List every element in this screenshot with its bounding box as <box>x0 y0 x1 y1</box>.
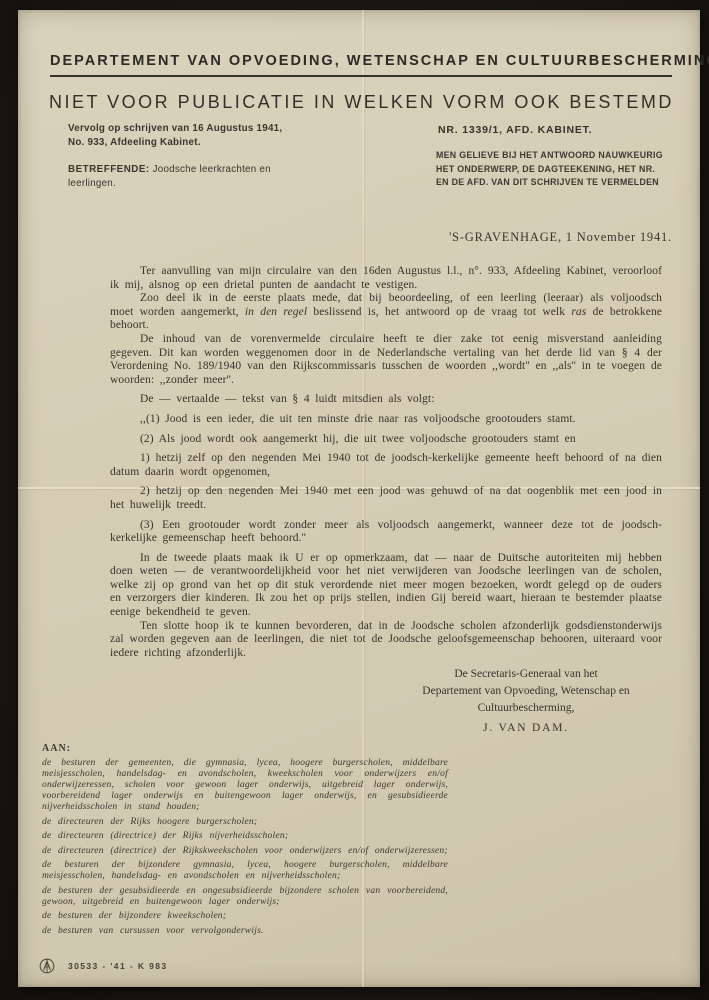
body-paragraph: De — vertaalde — tekst van § 4 luidt mit… <box>110 393 662 407</box>
body-paragraph: In de tweede plaats maak ik U er op opme… <box>110 552 662 620</box>
signature-line: Cultuurbescherming, <box>376 700 676 717</box>
distribution-item: de besturen der bijzondere kweekscholen; <box>42 910 448 921</box>
body-paragraph: Ten slotte hoop ik te kunnen bevorderen,… <box>110 620 662 661</box>
subject-line: BETREFFENDE: Joodsche leerkrachten en le… <box>68 163 298 191</box>
reference-previous-letter: Vervolg op schrijven van 16 Augustus 194… <box>68 122 282 150</box>
distribution-item: de directeuren (directrice) der Rijkskwe… <box>42 845 448 856</box>
body-paragraph: Zoo deel ik in de eerste plaats mede, da… <box>110 292 662 333</box>
body-paragraph: (3) Een grootouder wordt zonder meer als… <box>110 519 662 546</box>
body-paragraph: Ter aanvulling van mijn circulaire van d… <box>110 265 662 292</box>
dateline: 'S-GRAVENHAGE, 1 November 1941. <box>449 230 672 245</box>
body-paragraph: 2) hetzij op den negenden Mei 1940 met e… <box>110 485 662 512</box>
letter-paper: DEPARTEMENT VAN OPVOEDING, WETENSCHAP EN… <box>18 10 700 987</box>
body-paragraph: ,,(1) Jood is een ieder, die uit ten min… <box>110 413 662 427</box>
distribution-item: de besturen der gesubsidieerde en ongesu… <box>42 885 448 907</box>
distribution-item: de besturen van cursussen voor vervolgon… <box>42 925 448 936</box>
distribution-item: de besturen der bijzondere gymnasia, lyc… <box>42 859 448 881</box>
printer-monogram-icon <box>38 957 56 975</box>
distribution-item: de directeuren (directrice) der Rijks ni… <box>42 830 448 841</box>
reply-instruction-note: MEN GELIEVE BIJ HET ANTWOORD NAUWKEURIG … <box>436 149 663 190</box>
distribution-list: AAN: de besturen der gemeenten, die gymn… <box>42 743 448 939</box>
letter-body: Ter aanvulling van mijn circulaire van d… <box>110 265 662 660</box>
print-code-row: 30533 - '41 - K 983 <box>38 957 168 975</box>
letter-number: NR. 1339/1, AFD. KABINET. <box>438 124 592 136</box>
print-code: 30533 - '41 - K 983 <box>68 961 168 971</box>
distribution-item: de directeuren der Rijks hoogere burgers… <box>42 816 448 827</box>
signature-line: Departement van Opvoeding, Wetenschap en <box>376 683 676 700</box>
subject-label: BETREFFENDE: <box>68 164 150 175</box>
signature-block: De Secretaris-Generaal van hetDepartemen… <box>376 666 676 737</box>
signature-name: J. VAN DAM. <box>376 720 676 737</box>
body-paragraph: De inhoud van de vorenvermelde circulair… <box>110 333 662 387</box>
body-paragraph: (2) Als jood wordt ook aangemerkt hij, d… <box>110 433 662 447</box>
not-for-publication-title: NIET VOOR PUBLICATIE IN WELKEN VORM OOK … <box>49 92 672 113</box>
department-title: DEPARTEMENT VAN OPVOEDING, WETENSCHAP EN… <box>50 53 672 77</box>
scan-background: { "header": { "department": "DEPARTEMENT… <box>0 0 709 1000</box>
distribution-item: de besturen der gemeenten, die gymnasia,… <box>42 757 448 812</box>
body-paragraph: 1) hetzij zelf op den negenden Mei 1940 … <box>110 452 662 479</box>
signature-line: De Secretaris-Generaal van het <box>376 666 676 683</box>
distribution-label: AAN: <box>42 743 448 754</box>
